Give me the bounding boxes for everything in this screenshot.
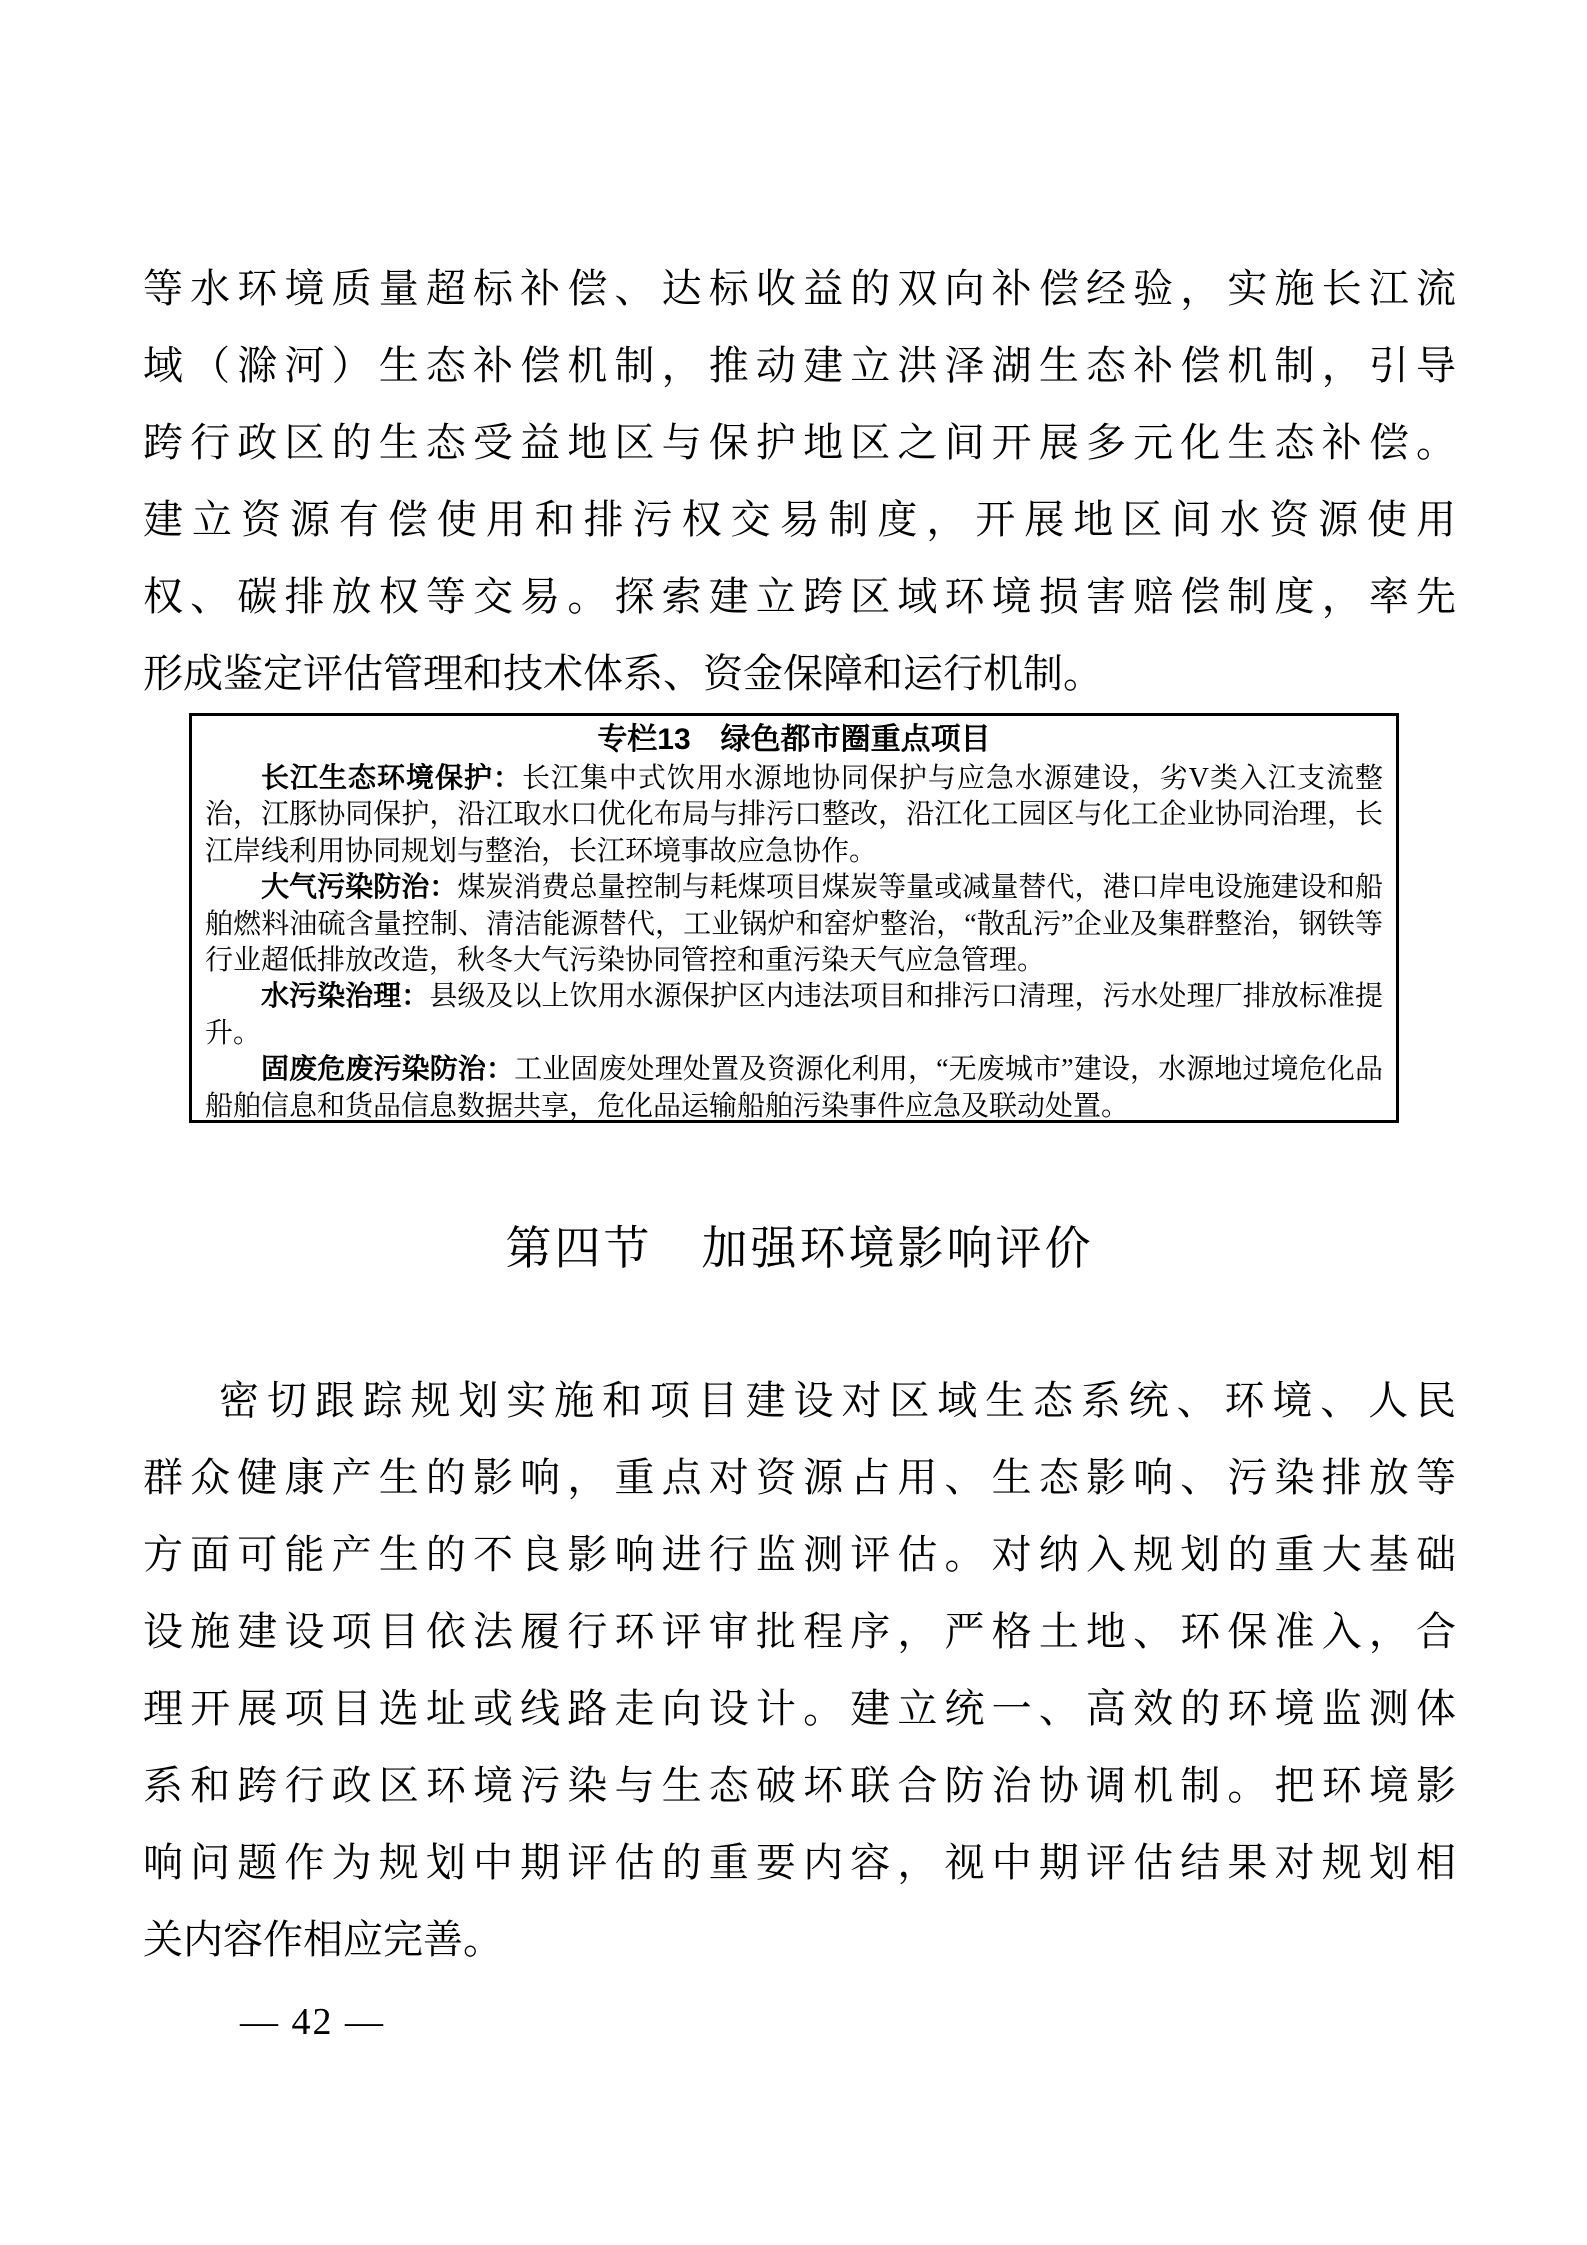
body-line: 关内容作相应完善。 [143, 1901, 1456, 1978]
box-item: 水污染治理：县级及以上饮用水源保护区内违法项目和排污口清理，污水处理厂排放标准提… [205, 979, 1383, 1052]
column-box-13: 专栏13 绿色都市圈重点项目 长江生态环境保护：长江集中式饮用水源地协同保护与应… [189, 713, 1399, 1123]
box-item-label: 大气污染防治： [261, 872, 457, 903]
body-line: 形成鉴定评估管理和技术体系、资金保障和运行机制。 [143, 635, 1456, 712]
section-paragraph: 密切跟踪规划实施和项目建设对区域生态系统、环境、人民 群众健康产生的影响，重点对… [143, 1362, 1456, 1978]
section-heading: 第四节 加强环境影响评价 [143, 1212, 1456, 1278]
body-line: 响问题作为规划中期评估的重要内容，视中期评估结果对规划相 [143, 1824, 1456, 1901]
body-line: 等水环境质量超标补偿、达标收益的双向补偿经验，实施长江流 [143, 250, 1456, 327]
page-number: — 42 — [240, 2000, 385, 2044]
body-line: 理开展项目选址或线路走向设计。建立统一、高效的环境监测体 [143, 1670, 1456, 1747]
body-line: 权、碳排放权等交易。探索建立跨区域环境损害赔偿制度，率先 [143, 558, 1456, 635]
document-page: 等水环境质量超标补偿、达标收益的双向补偿经验，实施长江流 域（滁河）生态补偿机制… [0, 0, 1587, 2245]
box-item: 长江生态环境保护：长江集中式饮用水源地协同保护与应急水源建设，劣V类入江支流整治… [205, 761, 1383, 870]
body-line: 建立资源有偿使用和排污权交易制度，开展地区间水资源使用 [143, 481, 1456, 558]
box-title: 专栏13 绿色都市圈重点项目 [205, 719, 1383, 761]
box-item-label: 固废危废污染防治： [261, 1054, 514, 1085]
opening-paragraph: 等水环境质量超标补偿、达标收益的双向补偿经验，实施长江流 域（滁河）生态补偿机制… [143, 250, 1456, 712]
box-item-label: 长江生态环境保护： [261, 763, 522, 794]
body-line: 系和跨行政区环境污染与生态破坏联合防治协调机制。把环境影 [143, 1747, 1456, 1824]
body-line: 群众健康产生的影响，重点对资源占用、生态影响、污染排放等 [143, 1439, 1456, 1516]
body-line: 设施建设项目依法履行环评审批程序，严格土地、环保准入，合 [143, 1593, 1456, 1670]
body-line: 方面可能产生的不良影响进行监测评估。对纳入规划的重大基础 [143, 1516, 1456, 1593]
box-item: 固废危废污染防治：工业固废处理处置及资源化利用，“无废城市”建设，水源地过境危化… [205, 1052, 1383, 1125]
body-line: 跨行政区的生态受益地区与保护地区之间开展多元化生态补偿。 [143, 404, 1456, 481]
box-item-label: 水污染治理： [261, 981, 429, 1012]
box-item: 大气污染防治：煤炭消费总量控制与耗煤项目煤炭等量或减量替代，港口岸电设施建设和船… [205, 870, 1383, 979]
body-line: 密切跟踪规划实施和项目建设对区域生态系统、环境、人民 [143, 1362, 1456, 1439]
body-line: 域（滁河）生态补偿机制，推动建立洪泽湖生态补偿机制，引导 [143, 327, 1456, 404]
